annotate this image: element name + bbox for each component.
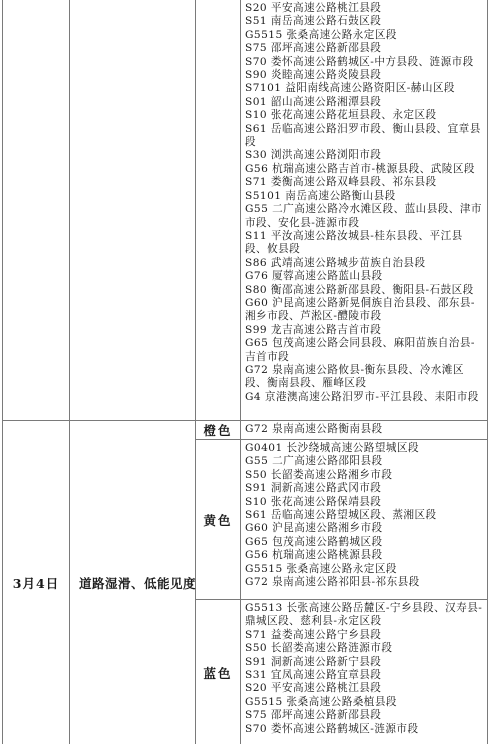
road-section-item: S71 娄衡高速公路双峰县段、祁东县段 xyxy=(245,176,484,189)
table-row-continued: S20 平安高速公路桃江县段S51 南岳高速公路石鼓区段G5515 张桑高速公路… xyxy=(3,0,488,421)
table-row-orange: 3月4日 道路湿滑、低能见度 橙色 G72 泉南高速公路衡南县段 xyxy=(3,421,488,440)
road-section-item: S70 娄怀高速公路鹤城区-中方县段、涟源市段 xyxy=(245,56,484,69)
road-section-item: S71 益娄高速公路宁乡县段 xyxy=(245,629,484,642)
road-section-item: G5513 长张高速公路岳麓区-宁乡县段、汉寿县-鼎城区段、慈利县-永定区段 xyxy=(245,602,484,629)
highway-warning-table: S20 平安高速公路桃江县段S51 南岳高速公路石鼓区段G5515 张桑高速公路… xyxy=(2,0,488,744)
warning-level-blue: 蓝色 xyxy=(196,600,241,744)
road-section-item: G65 包茂高速公路鹤城区段 xyxy=(245,536,484,549)
road-section-item: S20 平安高速公路桃江县段 xyxy=(245,682,484,695)
hazard-type-cell: 道路湿滑、低能见度 xyxy=(70,421,196,744)
road-section-item: G4 京港澳高速公路汨罗市-平江县段、耒阳市段 xyxy=(245,391,484,404)
road-section-item: G56 杭瑞高速公路桃源县段 xyxy=(245,549,484,562)
road-section-item: G5515 张桑高速公路桑植县段 xyxy=(245,696,484,709)
road-section-item: S86 武靖高速公路城步苗族自治县段 xyxy=(245,257,484,270)
road-sections-cell: G72 泉南高速公路衡南县段 xyxy=(241,421,488,440)
road-section-item: S99 龙吉高速公路吉首市段 xyxy=(245,324,484,337)
road-section-item: S70 娄怀高速公路鹤城区-涟源市段 xyxy=(245,723,484,736)
road-section-item: S31 宜凤高速公路宜章县段 xyxy=(245,669,484,682)
road-section-item: G55 二广高速公路邵阳县段 xyxy=(245,455,484,468)
road-section-item: S10 张花高速公路花垣县段、永定区段 xyxy=(245,109,484,122)
road-section-item: G5515 张桑高速公路永定区段 xyxy=(245,29,484,42)
date-cell xyxy=(3,0,70,421)
date-cell: 3月4日 xyxy=(3,421,70,744)
road-section-item: S61 岳临高速公路望城区段、蒸湘区段 xyxy=(245,509,484,522)
road-sections-cell: S20 平安高速公路桃江县段S51 南岳高速公路石鼓区段G5515 张桑高速公路… xyxy=(241,0,488,421)
road-section-item: G60 沪昆高速公路湘乡市段 xyxy=(245,522,484,535)
road-section-item: G65 包茂高速公路会同县段、麻阳苗族自治县-吉首市段 xyxy=(245,337,484,364)
road-section-item: G56 杭瑞高速公路吉首市-桃源县段、武陵区段 xyxy=(245,163,484,176)
road-section-item: S50 长韶娄高速公路湘乡市段 xyxy=(245,469,484,482)
road-section-item: S50 长韶娄高速公路涟源市段 xyxy=(245,642,484,655)
road-section-item: S30 浏洪高速公路浏阳市段 xyxy=(245,149,484,162)
road-sections-cell: G5513 长张高速公路岳麓区-宁乡县段、汉寿县-鼎城区段、慈利县-永定区段S7… xyxy=(241,600,488,744)
road-section-item: S01 韶山高速公路湘潭县段 xyxy=(245,96,484,109)
road-section-item: G72 泉南高速公路衡南县段 xyxy=(245,423,484,436)
road-section-item: G72 泉南高速公路祁阳县-祁东县段 xyxy=(245,576,484,589)
road-section-item: G60 沪昆高速公路新晃侗族自治县段、邵东县-湘乡市段、芦淞区-醴陵市段 xyxy=(245,297,484,324)
road-section-item: S51 南岳高速公路石鼓区段 xyxy=(245,15,484,28)
road-section-item: G0401 长沙绕城高速公路望城区段 xyxy=(245,442,484,455)
road-section-item: S91 洞新高速公路新宁县段 xyxy=(245,656,484,669)
warning-level-yellow: 黄色 xyxy=(196,440,241,600)
road-section-item: G5515 张桑高速公路永定区段 xyxy=(245,563,484,576)
hazard-type-cell xyxy=(70,0,196,421)
road-section-item: S90 炎睦高速公路炎陵县段 xyxy=(245,69,484,82)
road-section-item: S75 邵坪高速公路新邵县段 xyxy=(245,709,484,722)
warning-level-orange: 橙色 xyxy=(196,421,241,440)
road-section-item: G55 二广高速公路冷水滩区段、蓝山县段、津市市段、安化县-涟源市段 xyxy=(245,203,484,230)
road-section-item: S75 邵坪高速公路新邵县段 xyxy=(245,42,484,55)
road-section-item: G76 厦蓉高速公路蓝山县段 xyxy=(245,270,484,283)
road-section-item: S7101 益阳南线高速公路资阳区-赫山区段 xyxy=(245,82,484,95)
road-section-item: S91 洞新高速公路武冈市段 xyxy=(245,482,484,495)
road-section-item: S11 平汝高速公路汝城县-桂东县段、平江县段、攸县段 xyxy=(245,230,484,257)
warning-level-cell xyxy=(196,0,241,421)
road-section-item: S80 衡邵高速公路新邵县段、衡阳县-石鼓区段 xyxy=(245,284,484,297)
road-section-item: S61 岳临高速公路汨罗市段、衡山县段、宜章县段 xyxy=(245,123,484,150)
road-section-item: G72 泉南高速公路攸县-衡东县段、冷水滩区段、衡南县段、雁峰区段 xyxy=(245,364,484,391)
road-section-item: S5101 南岳高速公路衡山县段 xyxy=(245,190,484,203)
road-section-item: S10 张花高速公路保靖县段 xyxy=(245,496,484,509)
road-section-item: S20 平安高速公路桃江县段 xyxy=(245,2,484,15)
road-sections-cell: G0401 长沙绕城高速公路望城区段G55 二广高速公路邵阳县段S50 长韶娄高… xyxy=(241,440,488,600)
